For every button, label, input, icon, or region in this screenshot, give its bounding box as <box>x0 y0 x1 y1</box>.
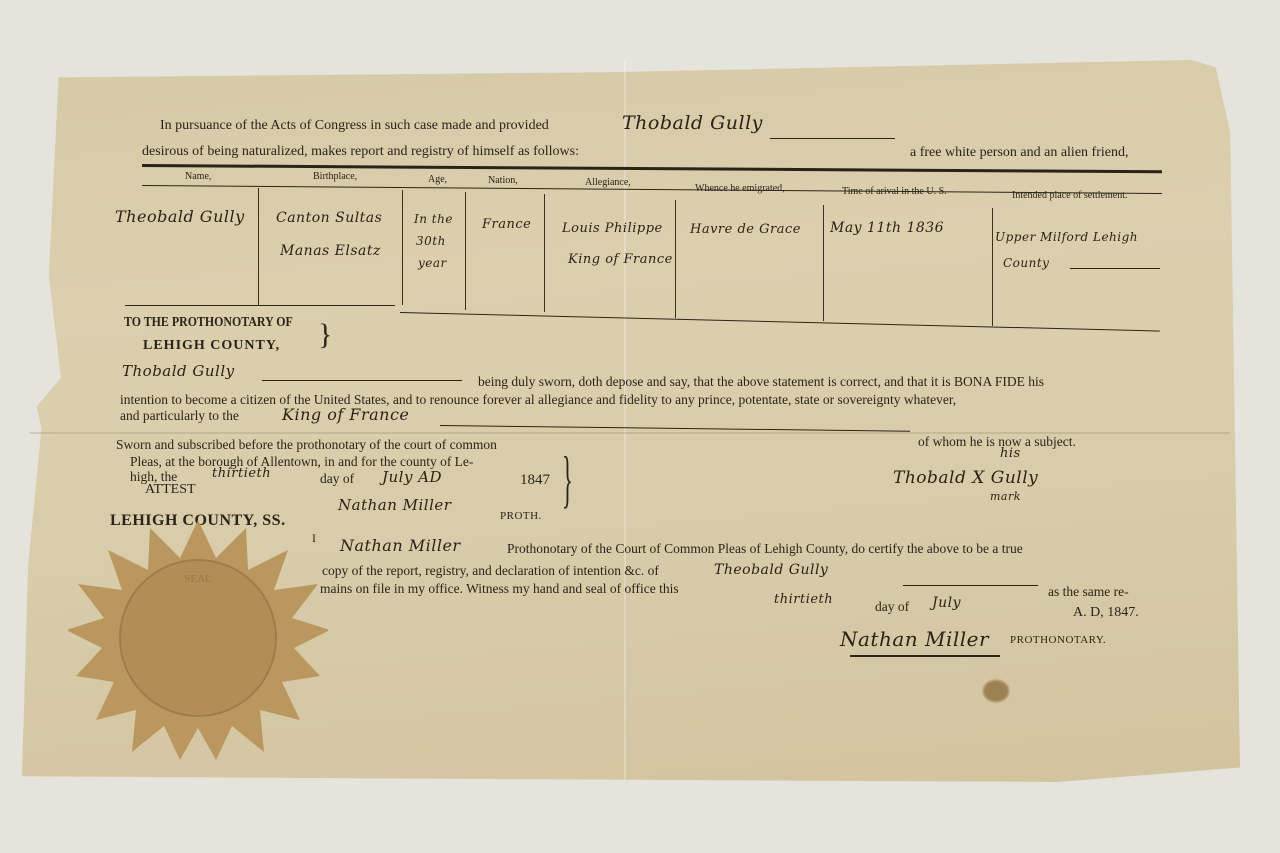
fill-line <box>1070 268 1160 269</box>
certificate-line-2-tail: as the same re- <box>1048 584 1129 600</box>
oath-heading-2: LEHIGH COUNTY, <box>143 338 280 354</box>
oath-line-2: intention to become a citizen of the Uni… <box>120 392 956 408</box>
applicant-name-handwritten: Thobald Gully <box>622 112 763 134</box>
col-divider <box>544 194 545 312</box>
cell-whence: Havre de Grace <box>690 222 801 237</box>
col-divider <box>823 205 824 321</box>
sworn-year: 1847 <box>520 472 550 489</box>
attest-label: ATTEST <box>145 482 196 498</box>
certificate-month-handwritten: July <box>932 595 961 611</box>
cell-age-2: 30th <box>416 234 446 248</box>
cell-age-1: In the <box>414 212 453 226</box>
col-header-allegiance: Allegiance, <box>585 177 631 188</box>
certificate-line-1: Prothonotary of the Court of Common Plea… <box>507 541 1023 557</box>
cell-nation: France <box>482 217 531 232</box>
sworn-day-of: day of <box>320 471 354 487</box>
col-header-settlement: Intended place of settlement. <box>1012 190 1128 201</box>
oath-line-4: of whom he is now a subject. <box>918 434 1076 450</box>
cell-settlement-1: Upper Milford Lehigh <box>995 230 1138 244</box>
certificate-applicant-handwritten: Theobald Gully <box>714 562 828 578</box>
signature-mark: mark <box>990 490 1021 503</box>
attest-signature: Nathan Miller <box>338 496 451 514</box>
cell-allegiance-2: King of France <box>568 252 673 267</box>
sworn-line-1: Sworn and subscribed before the prothono… <box>116 437 497 453</box>
prothonotary-title: PROTHONOTARY. <box>1010 634 1106 646</box>
fill-line <box>262 380 462 381</box>
proth-label: PROTH. <box>500 510 542 522</box>
sworn-day-handwritten: thirtieth <box>212 466 271 481</box>
certificate-day-handwritten: thirtieth <box>774 592 833 607</box>
certificate-line-3: mains on file in my office. Witness my h… <box>320 581 679 597</box>
intro-tail: a free white person and an alien friend, <box>910 145 1128 161</box>
oath-name-handwritten: Thobald Gully <box>122 362 235 380</box>
sworn-month-handwritten: July AD <box>382 468 442 486</box>
certificate-line-2: copy of the report, registry, and declar… <box>322 563 659 579</box>
cell-name: Theobald Gully <box>115 207 245 226</box>
applicant-signature: Thobald X Gully <box>893 468 1038 488</box>
fill-line <box>903 585 1038 586</box>
col-divider <box>258 188 259 306</box>
cell-birthplace-2: Manas Elsatz <box>280 243 381 259</box>
brace: } <box>562 442 573 516</box>
cell-arrival: May 11th 1836 <box>830 220 944 236</box>
seal-label: SEAL <box>184 573 212 585</box>
certificate-ad-year: A. D, 1847. <box>1073 605 1139 621</box>
col-divider <box>402 190 403 305</box>
table-bottom-rule <box>125 305 395 306</box>
col-header-birthplace: Birthplace, <box>313 171 357 182</box>
oath-line-3: and particularly to the <box>120 408 239 424</box>
col-divider <box>992 208 993 326</box>
certifier-handwritten: Nathan Miller <box>340 536 461 555</box>
wafer-seal-icon: SEAL <box>68 520 328 760</box>
col-header-age: Age, <box>428 174 447 185</box>
col-divider <box>675 200 676 318</box>
cell-allegiance-1: Louis Philippe <box>562 221 663 236</box>
col-header-whence: Whence he emigrated, <box>695 183 785 194</box>
prothonotary-signature: Nathan Miller <box>840 627 989 651</box>
col-divider <box>465 192 466 310</box>
cell-birthplace-1: Canton Sultas <box>276 210 382 226</box>
oath-line-1: being duly sworn, doth depose and say, t… <box>478 374 1044 390</box>
col-header-name: Name, <box>185 171 211 182</box>
signature-underline <box>850 655 1000 657</box>
oath-heading-1: TO THE PROTHONOTARY OF <box>124 315 293 331</box>
cell-age-3: year <box>418 256 447 270</box>
cell-settlement-2: County <box>1003 256 1049 270</box>
fill-line <box>770 138 895 139</box>
certificate-day-of: day of <box>875 599 909 615</box>
col-header-nation: Nation, <box>488 175 518 186</box>
intro-line-1: In pursuance of the Acts of Congress in … <box>160 118 549 134</box>
signature-his: his <box>1000 446 1021 461</box>
col-header-arrival: Time of arival in the U. S. <box>842 186 947 197</box>
oath-sovereign-handwritten: King of France <box>282 405 409 424</box>
brace: } <box>318 318 332 352</box>
intro-line-2: desirous of being naturalized, makes rep… <box>142 144 579 160</box>
ink-stain <box>983 680 1009 702</box>
